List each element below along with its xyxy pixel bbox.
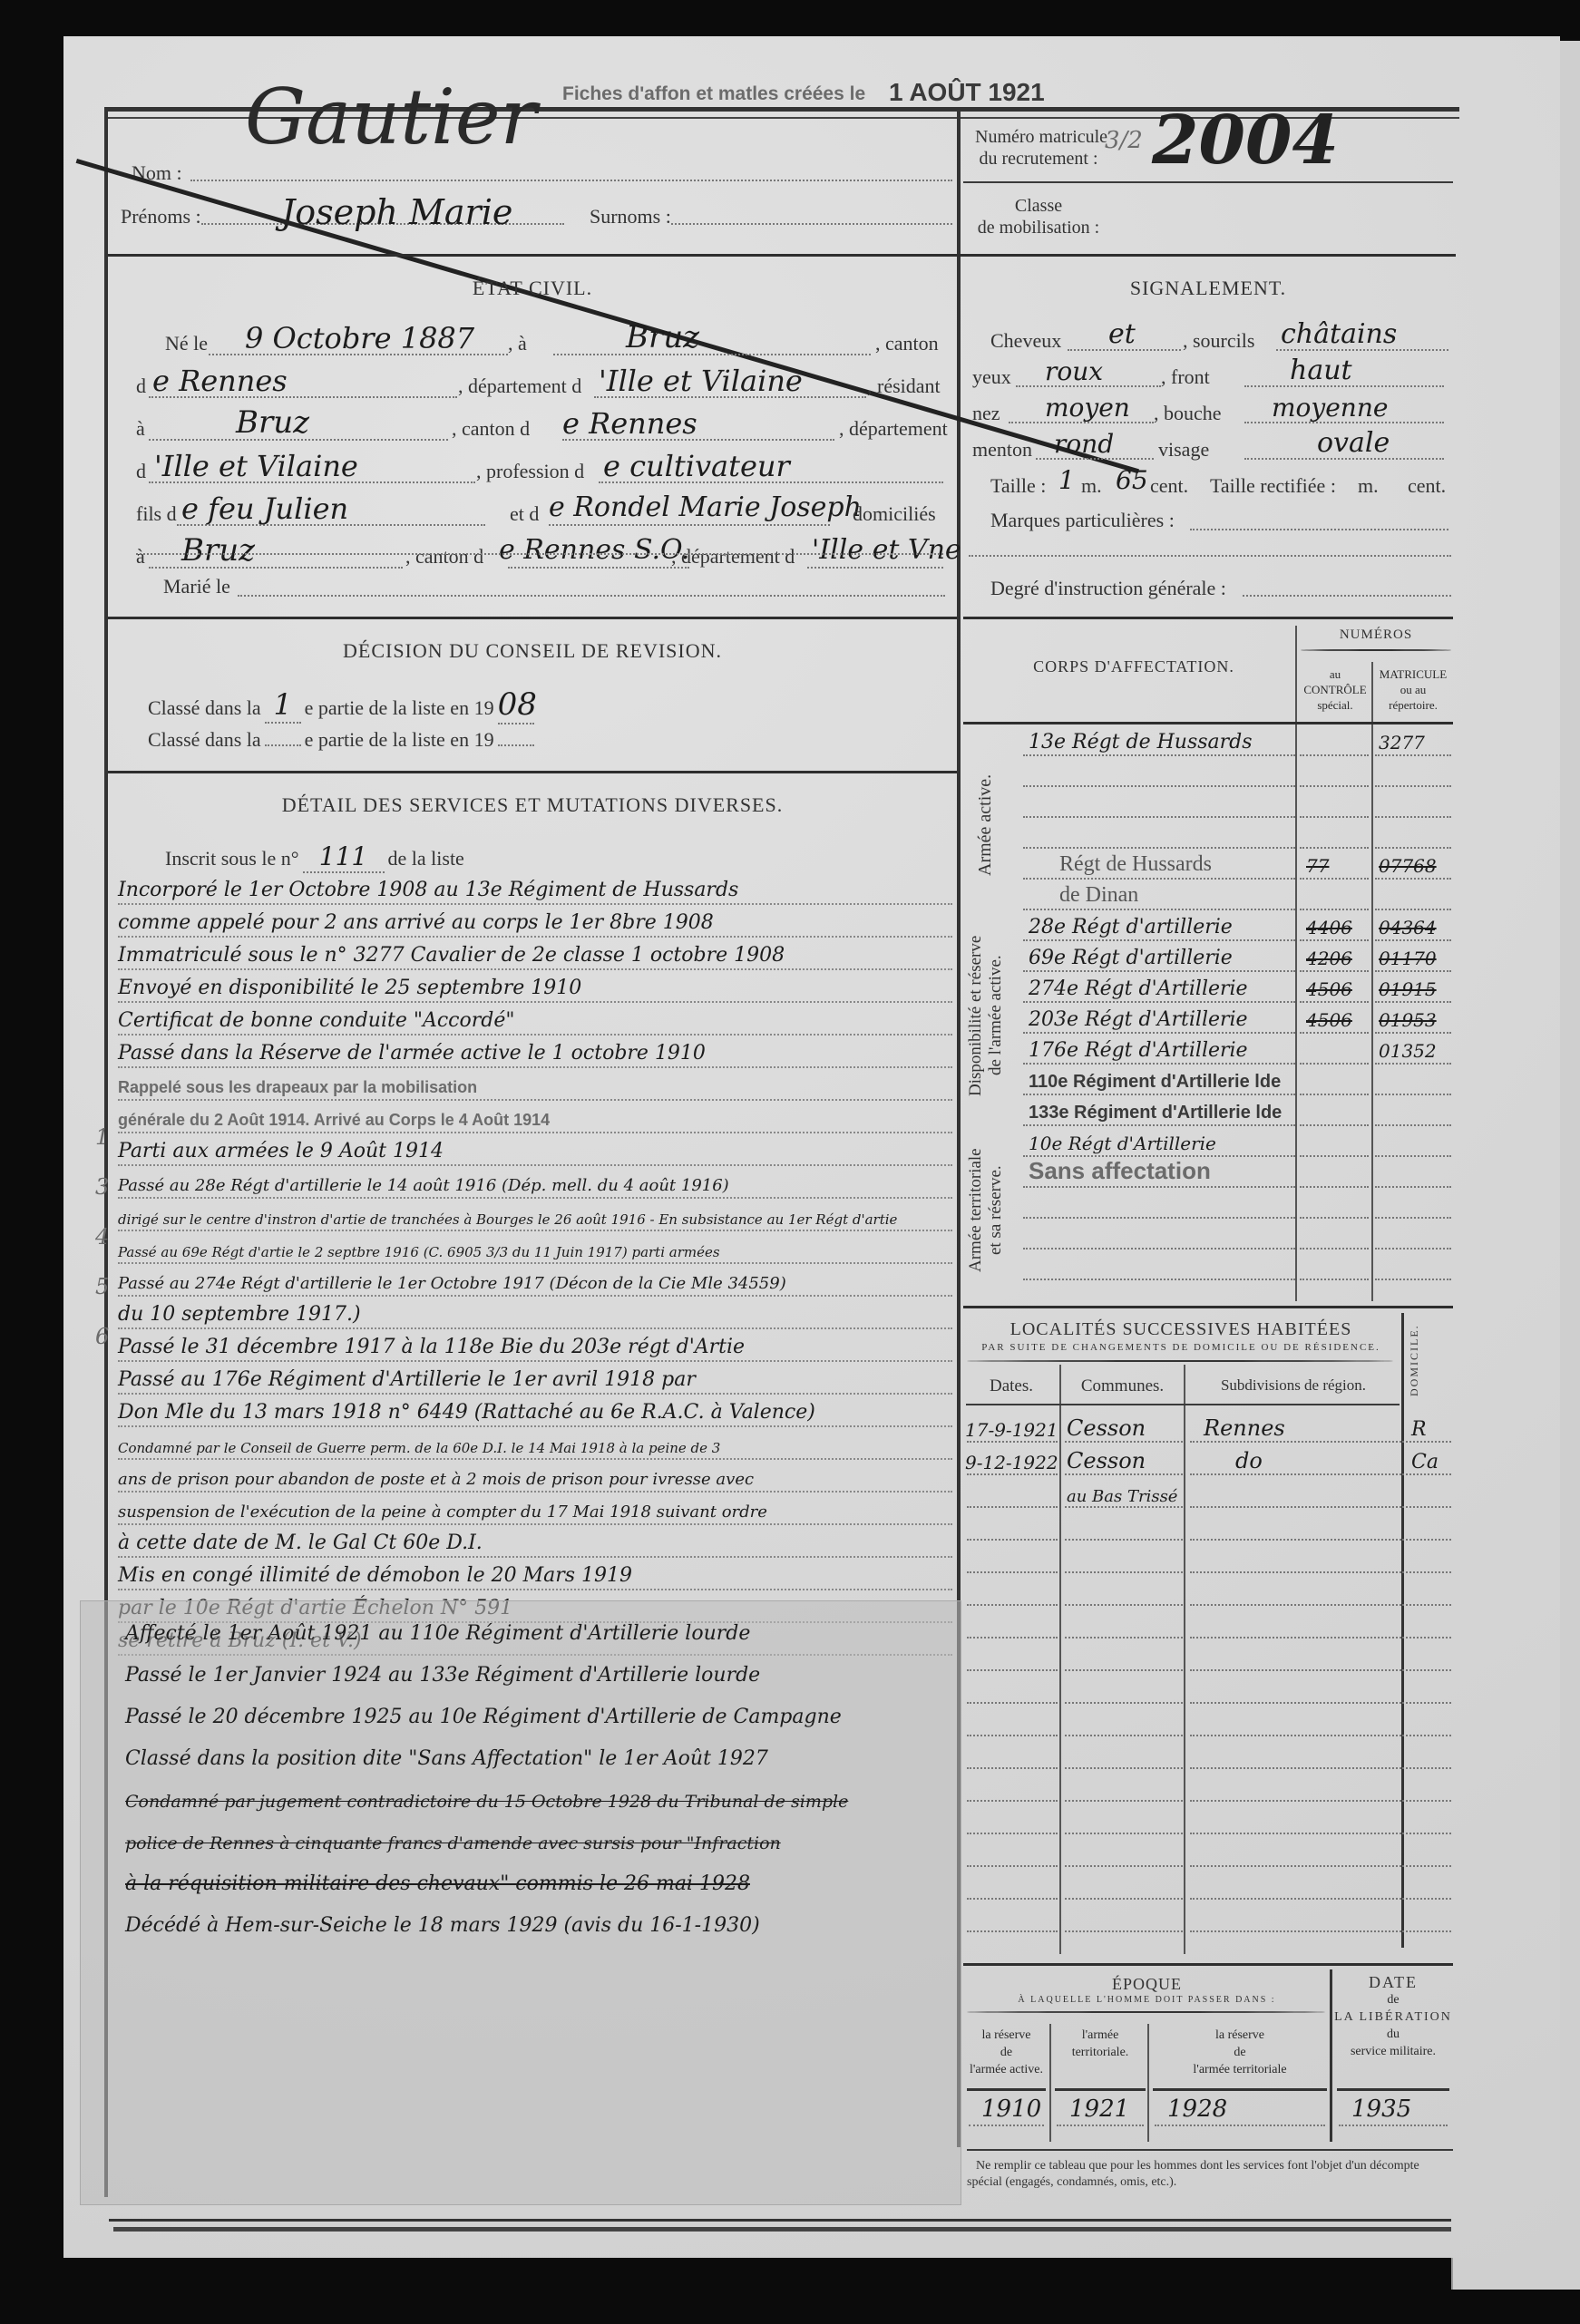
signalement-title: SIGNALEMENT. bbox=[961, 277, 1456, 300]
corps-row bbox=[1023, 1188, 1453, 1219]
detail-line-text: Immatriculé sous le n° 3277 Cavalier de … bbox=[118, 944, 785, 967]
detail-lines: Incorporé le 1er Octobre 1908 au 13e Rég… bbox=[118, 872, 952, 1656]
localites-rows: 17-9-1921CessonRennesR9-12-1922CessondoC… bbox=[963, 1410, 1453, 1965]
cheveux-label: Cheveux bbox=[990, 329, 1061, 353]
margin-note: 1 bbox=[95, 1124, 122, 1174]
matricule-label-2: du recrutement : bbox=[975, 149, 1102, 170]
detail-line-text: Passé dans la Réserve de l'armée active … bbox=[118, 1042, 706, 1065]
localites-subtitle: PAR SUITE DE CHANGEMENTS DE DOMICILE OU … bbox=[963, 1342, 1399, 1353]
later-line: Passé le 1er Janvier 1924 au 133e Régime… bbox=[125, 1648, 955, 1690]
corps-row: de Dinan bbox=[1023, 880, 1453, 910]
localites-top-rule bbox=[963, 1306, 1453, 1308]
later-line-text: Condamné par jugement contradictoire du … bbox=[125, 1792, 848, 1812]
margin-notes: 13456 bbox=[95, 1124, 122, 1650]
signalement-block: Cheveux et , sourcils châtains yeux roux… bbox=[972, 322, 1453, 540]
detail-line: Incorporé le 1er Octobre 1908 au 13e Rég… bbox=[118, 872, 952, 905]
detail-line-text: dirigé sur le centre d'instron d'artie d… bbox=[118, 1211, 897, 1228]
classe-label-1: Classe bbox=[975, 196, 1102, 217]
epoque-column-label: l'armée bbox=[1051, 2027, 1149, 2044]
localites-row bbox=[963, 1736, 1453, 1769]
taille-m-value: 1 bbox=[1058, 465, 1075, 495]
nez-value: moyen bbox=[1045, 393, 1130, 423]
col-controle-line: spécial. bbox=[1299, 697, 1371, 713]
detail-line-text: Rappelé sous les drapeaux par la mobilis… bbox=[118, 1078, 477, 1097]
epoque-column-label: LA LIBÉRATION bbox=[1333, 2008, 1453, 2026]
profession-value: e cultivateur bbox=[603, 449, 790, 483]
group-label-line: Disponibilité et réserve bbox=[966, 907, 986, 1124]
col-controle-line: CONTRÔLE bbox=[1299, 682, 1371, 697]
marques-line bbox=[1190, 529, 1448, 530]
epoque-column-label: de bbox=[1149, 2044, 1331, 2061]
epoque-header-rule bbox=[1337, 2088, 1449, 2091]
classe-dans-la-label-2: Classé dans la bbox=[148, 728, 261, 751]
detail-line: générale du 2 Août 1914. Arrivé au Corps… bbox=[118, 1101, 952, 1133]
localites-row bbox=[963, 1802, 1453, 1834]
corps-row: 133e Régiment d'Artillerie lde bbox=[1023, 1095, 1453, 1126]
detail-line: Mis en congé illimité de démobon le 20 M… bbox=[118, 1558, 952, 1590]
mother-name: e Rondel Marie Joseph bbox=[549, 491, 862, 523]
classe-dans-la-label: Classé dans la bbox=[148, 696, 261, 719]
matricule-number: 01352 bbox=[1379, 1040, 1437, 1062]
sourcils-label: , sourcils bbox=[1183, 329, 1254, 353]
localites-row bbox=[963, 1834, 1453, 1867]
parents-dept: 'Ille et Vne bbox=[812, 534, 961, 566]
matricule-number: 01170 bbox=[1379, 948, 1437, 969]
margin-note: 5 bbox=[95, 1274, 122, 1324]
corps-name: Régt de Hussards bbox=[1059, 852, 1212, 877]
front-label: , front bbox=[1161, 365, 1210, 389]
epoque-column-label: DATE bbox=[1333, 1974, 1453, 1991]
epoque-column: la réservedel'armée active. bbox=[963, 2027, 1049, 2078]
visage-label: visage bbox=[1158, 438, 1209, 462]
surnoms-label: Surnoms : bbox=[590, 205, 671, 229]
detail-title: DÉTAIL DES SERVICES ET MUTATIONS DIVERSE… bbox=[108, 793, 957, 817]
prenoms-value: Joseph Marie bbox=[281, 192, 512, 232]
locality-commune: Cesson bbox=[1067, 1448, 1146, 1473]
col-communes: Communes. bbox=[1061, 1376, 1184, 1396]
taille-rect-m-label: m. bbox=[1358, 474, 1379, 498]
partie-value: 1 bbox=[265, 687, 301, 724]
later-line: Condamné par jugement contradictoire du … bbox=[125, 1774, 955, 1815]
corps-row: 69e Régt d'artillerie420601170 bbox=[1023, 941, 1453, 972]
etat-civil-bottom-rule bbox=[108, 617, 957, 619]
epoque-column-label: l'armée active. bbox=[963, 2061, 1049, 2078]
corps-name: 28e Régt d'artillerie bbox=[1029, 916, 1233, 938]
epoque-column-label: de bbox=[1333, 1991, 1453, 2008]
prenoms-label: Prénoms : bbox=[121, 205, 201, 229]
localites-row bbox=[963, 1704, 1453, 1736]
group-armee-territoriale: Armée territorialeet sa réserve. bbox=[966, 1115, 1006, 1306]
matricule-line bbox=[1375, 1279, 1451, 1280]
detail-line-text: Parti aux armées le 9 Août 1914 bbox=[118, 1140, 444, 1162]
group-armee-active: Armée active. bbox=[975, 753, 996, 898]
detail-line-text: Envoyé en disponibilité le 25 septembre … bbox=[118, 977, 581, 999]
col-matricule-line: MATRICULE bbox=[1373, 666, 1453, 682]
locality-date: 9-12-1922 bbox=[965, 1452, 1058, 1473]
matricule-label-1: Numéro matricule bbox=[975, 127, 1102, 148]
parents-town: Bruz bbox=[181, 532, 255, 569]
col-domicile: DOMICILE. bbox=[1408, 1319, 1421, 1401]
epoque-value-line bbox=[1155, 2125, 1325, 2126]
corps-row: Sans affectation bbox=[1023, 1157, 1453, 1188]
taille-label: Taille : bbox=[990, 474, 1046, 498]
corps-name: 110e Régiment d'Artillerie lde bbox=[1029, 1072, 1281, 1093]
col-matricule-header: MATRICULEou aurépertoire. bbox=[1373, 666, 1453, 713]
localites-row bbox=[963, 1606, 1453, 1638]
detail-line: Passé au 176e Régiment d'Artillerie le 1… bbox=[118, 1362, 952, 1395]
et-label: et d bbox=[510, 502, 539, 526]
surnoms-line bbox=[671, 223, 952, 225]
detail-line: Passé au 28e Régt d'artillerie le 14 aoû… bbox=[118, 1166, 952, 1199]
partie-label-2: e partie de la liste en 19 bbox=[305, 728, 494, 751]
birth-canton: e Rennes bbox=[152, 364, 288, 398]
epoque-title: ÉPOQUE bbox=[963, 1975, 1331, 1994]
epoque-top-rule bbox=[963, 1963, 1453, 1966]
year-line-2 bbox=[498, 744, 534, 746]
col-subdivisions: Subdivisions de région. bbox=[1185, 1376, 1401, 1395]
epoque-column: DATEdeLA LIBÉRATIONduservice militaire. bbox=[1333, 1974, 1453, 2060]
col-matricule-line: répertoire. bbox=[1373, 697, 1453, 713]
group-label-line: de l'armée active. bbox=[986, 907, 1006, 1124]
epoque-subtitle: À LAQUELLE L'HOMME DOIT PASSER DANS : bbox=[963, 1995, 1331, 2005]
marques-label: Marques particulières : bbox=[990, 509, 1175, 532]
detail-line: Passé au 69e Régt d'artie le 2 septbre 1… bbox=[118, 1231, 952, 1264]
corps-row: 10e Régt d'Artillerie bbox=[1023, 1126, 1453, 1157]
sourcils-value: châtains bbox=[1281, 318, 1397, 350]
localites-row: 9-12-1922CessondoCa bbox=[963, 1443, 1453, 1475]
signalement-blank-line bbox=[969, 555, 1451, 557]
canton-label: , canton bbox=[875, 332, 939, 355]
corps-name: Sans affectation bbox=[1029, 1157, 1211, 1185]
controle-number: 4506 bbox=[1306, 1009, 1352, 1031]
detail-line-text: Don Mle du 13 mars 1918 n° 6449 (Rattach… bbox=[118, 1401, 815, 1424]
locality-domicile: R bbox=[1411, 1418, 1427, 1441]
etat-civil-blank-line bbox=[136, 553, 943, 555]
detail-line-text: à cette date de M. le Gal Ct 60e D.I. bbox=[118, 1532, 483, 1554]
detail-line: Don Mle du 13 mars 1918 n° 6449 (Rattach… bbox=[118, 1395, 952, 1427]
later-line-text: Passé le 20 décembre 1925 au 10e Régimen… bbox=[125, 1706, 842, 1728]
corps-header: CORPS D'AFFECTATION. bbox=[970, 657, 1297, 676]
epoque-column-label: du bbox=[1333, 2026, 1453, 2043]
marie-label: Marié le bbox=[163, 575, 230, 598]
fiches-stamp-date: 1 AOÛT 1921 bbox=[889, 78, 1045, 107]
detail-line-text: comme appelé pour 2 ans arrivé au corps … bbox=[118, 911, 714, 934]
a-line bbox=[553, 354, 871, 355]
detail-line: Passé au 274e Régt d'artillerie le 1er O… bbox=[118, 1264, 952, 1297]
birth-place: Bruz bbox=[626, 319, 699, 355]
epoque-header-rule bbox=[967, 2088, 1046, 2091]
localites-row bbox=[963, 1573, 1453, 1606]
cheveux-value: et bbox=[1108, 318, 1136, 350]
detail-line-text: Passé au 69e Régt d'artie le 2 septbre 1… bbox=[118, 1244, 720, 1260]
detail-line: comme appelé pour 2 ans arrivé au corps … bbox=[118, 905, 952, 938]
dept3-label: , département d bbox=[671, 545, 795, 569]
canton3-label: , canton d bbox=[405, 545, 483, 569]
later-line: police de Rennes à cinquante francs d'am… bbox=[125, 1815, 955, 1857]
group-disponibilite: Disponibilité et réservede l'armée activ… bbox=[966, 907, 1006, 1124]
group-label-line: Armée territoriale bbox=[966, 1115, 986, 1306]
detail-line: Parti aux armées le 9 Août 1914 bbox=[118, 1133, 952, 1166]
later-service-lines: Affecté le 1er Août 1921 au 110e Régimen… bbox=[125, 1607, 955, 1940]
col-controle-header: auCONTRÔLEspécial. bbox=[1299, 666, 1371, 713]
decision-title: DÉCISION DU CONSEIL DE REVISION. bbox=[108, 639, 957, 663]
nom-value: Gautier bbox=[245, 73, 537, 161]
controle-number: 4206 bbox=[1306, 948, 1352, 969]
detail-line: suspension de l'exécution de la peine à … bbox=[118, 1493, 952, 1525]
margin-note: 4 bbox=[95, 1224, 122, 1274]
detail-line-text: ans de prison pour abandon de poste et à… bbox=[118, 1470, 754, 1489]
menton-value: rond bbox=[1054, 429, 1114, 459]
locality-commune: au Bas Trissé bbox=[1067, 1487, 1177, 1506]
margin-note: 3 bbox=[95, 1174, 122, 1224]
corps-header-rule bbox=[963, 722, 1453, 724]
canton2-label: , canton d bbox=[452, 417, 530, 441]
localites-brace bbox=[967, 1360, 1393, 1362]
header-bottom-rule bbox=[108, 254, 1456, 257]
detail-line: Immatriculé sous le n° 3277 Cavalier de … bbox=[118, 938, 952, 970]
detail-line-text: Mis en congé illimité de démobon le 20 M… bbox=[118, 1564, 632, 1587]
localites-row bbox=[963, 1867, 1453, 1900]
epoque-column-label: la réserve bbox=[1149, 2027, 1331, 2044]
corps-name: 274e Régt d'Artillerie bbox=[1029, 977, 1248, 1000]
nom-line bbox=[190, 180, 952, 181]
col-matricule-line: ou au bbox=[1373, 682, 1453, 697]
epoque-value-line bbox=[1057, 2125, 1144, 2126]
corps-name: 10e Régt d'Artillerie bbox=[1029, 1133, 1216, 1154]
partie-label: e partie de la liste en 19 bbox=[305, 696, 494, 719]
nez-label: nez bbox=[972, 402, 1000, 425]
detail-line: Passé dans la Réserve de l'armée active … bbox=[118, 1036, 952, 1068]
detail-line-text: Passé au 274e Régt d'artillerie le 1er O… bbox=[118, 1274, 786, 1293]
matricule-number: 3277 bbox=[1379, 732, 1425, 754]
parents-canton: e Rennes S.O. bbox=[499, 534, 689, 566]
degre-label: Degré d'instruction générale : bbox=[990, 577, 1226, 600]
fils-label: fils d bbox=[136, 502, 177, 526]
etat-civil-block: Né le 9 Octobre 1887 , à Bruz , canton d… bbox=[136, 325, 943, 588]
detail-line: Passé le 31 décembre 1917 à la 118e Bie … bbox=[118, 1329, 952, 1362]
decision-row-2: Classé dans la e partie de la liste en 1… bbox=[148, 728, 534, 752]
detail-line-text: Condamné par le Conseil de Guerre perm. … bbox=[118, 1440, 720, 1456]
matricule-number: 01953 bbox=[1379, 1009, 1437, 1031]
localites-header-rule bbox=[966, 1404, 1400, 1405]
epoque-value: 1910 bbox=[981, 2095, 1041, 2123]
localites-row bbox=[963, 1769, 1453, 1802]
inscrit-value: 111 bbox=[303, 841, 385, 873]
bouche-label: , bouche bbox=[1154, 402, 1222, 425]
epoque-note: Ne remplir ce tableau que pour les homme… bbox=[967, 2158, 1448, 2191]
epoque-column-label: l'armée territoriale bbox=[1149, 2061, 1331, 2078]
later-line: Classé dans la position dite "Sans Affec… bbox=[125, 1732, 955, 1774]
locality-subdivision: Rennes bbox=[1204, 1415, 1285, 1441]
liste-label: de la liste bbox=[388, 847, 464, 870]
taille-cm-label: cent. bbox=[1150, 474, 1188, 498]
epoque-header-rule bbox=[1055, 2088, 1146, 2091]
partie-line-2 bbox=[265, 744, 301, 746]
locality-date: 17-9-1921 bbox=[965, 1419, 1058, 1441]
menton-label: menton bbox=[972, 438, 1032, 462]
localites-row bbox=[963, 1671, 1453, 1704]
localites-row: au Bas Trissé bbox=[963, 1475, 1453, 1508]
d1-label: d bbox=[136, 374, 146, 398]
epoque-value: 1921 bbox=[1069, 2095, 1129, 2123]
epoque-value-line bbox=[1339, 2125, 1448, 2126]
detail-line-text: Incorporé le 1er Octobre 1908 au 13e Rég… bbox=[118, 879, 738, 901]
corps-row: 13e Régt de Hussards3277 bbox=[1023, 725, 1453, 756]
detail-line-text: Passé le 31 décembre 1917 à la 118e Bie … bbox=[118, 1336, 745, 1358]
etat-civil-title: ÉTAT CIVIL. bbox=[108, 277, 957, 300]
a-label: , à bbox=[508, 332, 527, 355]
fiches-stamp: Fiches d'affon et matles créées le bbox=[562, 83, 865, 105]
dept2-label: , département bbox=[839, 417, 948, 441]
corps-name: 203e Régt d'Artillerie bbox=[1029, 1008, 1248, 1031]
later-line: Affecté le 1er Août 1921 au 110e Régimen… bbox=[125, 1607, 955, 1648]
decision-row-1: Classé dans la 1 e partie de la liste en… bbox=[148, 686, 534, 724]
group-label-line: et sa réserve. bbox=[986, 1115, 1006, 1306]
corps-rows: 13e Régt de Hussards3277Régt de Hussards… bbox=[1023, 725, 1453, 1280]
detail-line-text: Certificat de bonne conduite "Accordé" bbox=[118, 1009, 514, 1032]
locality-subdivision: do bbox=[1235, 1448, 1263, 1473]
ne-le-value: 9 Octobre 1887 bbox=[245, 321, 474, 355]
detail-line: ans de prison pour abandon de poste et à… bbox=[118, 1460, 952, 1493]
later-line-text: Classé dans la position dite "Sans Affec… bbox=[125, 1747, 768, 1770]
epoque-header-rule bbox=[1153, 2088, 1327, 2091]
detail-line-text: Passé au 176e Régiment d'Artillerie le 1… bbox=[118, 1368, 696, 1391]
localites-row bbox=[963, 1541, 1453, 1573]
visage-value: ovale bbox=[1317, 427, 1390, 459]
corps-name: 133e Régiment d'Artillerie lde bbox=[1029, 1103, 1282, 1123]
taille-rectifiee-label: Taille rectifiée : bbox=[1210, 474, 1336, 498]
detail-line: Condamné par le Conseil de Guerre perm. … bbox=[118, 1427, 952, 1460]
classe-label-2: de mobilisation : bbox=[975, 218, 1102, 238]
yeux-value: roux bbox=[1045, 356, 1103, 386]
corps-name: de Dinan bbox=[1059, 883, 1138, 908]
corps-row: 203e Régt d'Artillerie450601953 bbox=[1023, 1003, 1453, 1034]
localites-row: 17-9-1921CessonRennesR bbox=[963, 1410, 1453, 1443]
localites-title: LOCALITÉS SUCCESSIVES HABITÉES bbox=[963, 1319, 1399, 1340]
signalement-bottom-rule bbox=[963, 617, 1453, 619]
dept-label: , département d bbox=[458, 374, 581, 398]
corps-name: 69e Régt d'artillerie bbox=[1029, 947, 1233, 969]
detail-line: Certificat de bonne conduite "Accordé" bbox=[118, 1003, 952, 1036]
matricule-value: 2004 bbox=[1152, 102, 1339, 180]
marie-line bbox=[238, 595, 945, 597]
detail-line: à cette date de M. le Gal Ct 60e D.I. bbox=[118, 1525, 952, 1558]
inscrit-label: Inscrit sous le n° bbox=[165, 847, 299, 870]
matricule-prefix: 3/2 bbox=[1105, 127, 1143, 154]
margin-note: 6 bbox=[95, 1324, 122, 1650]
profession-label: , profession d bbox=[476, 460, 584, 483]
ne-le-label: Né le bbox=[165, 332, 208, 355]
controle-number: 4406 bbox=[1306, 917, 1352, 938]
detail-line-text: générale du 2 Août 1914. Arrivé au Corps… bbox=[118, 1111, 550, 1130]
residant-label: , résidant bbox=[867, 374, 941, 398]
localites-row bbox=[963, 1508, 1453, 1541]
later-line-text: Décédé à Hem-sur-Seiche le 18 mars 1929 … bbox=[125, 1914, 760, 1937]
bouche-value: moyenne bbox=[1272, 393, 1388, 423]
detail-line-text: suspension de l'exécution de la peine à … bbox=[118, 1502, 767, 1522]
epoque-column-label: territoriale. bbox=[1051, 2044, 1149, 2061]
detail-line-text: Passé au 28e Régt d'artillerie le 14 aoû… bbox=[118, 1176, 729, 1195]
matricule-number: 07768 bbox=[1379, 855, 1437, 877]
corps-row bbox=[1023, 818, 1453, 849]
controle-number: 77 bbox=[1306, 855, 1329, 877]
taille-rect-cm-label: cent. bbox=[1408, 474, 1446, 498]
later-line-text: Passé le 1er Janvier 1924 au 133e Régime… bbox=[125, 1664, 760, 1687]
later-line: Décédé à Hem-sur-Seiche le 18 mars 1929 … bbox=[125, 1899, 955, 1940]
later-line: Passé le 20 décembre 1925 au 10e Régimen… bbox=[125, 1690, 955, 1732]
canton3-line bbox=[508, 567, 689, 569]
epoque-column-label: service militaire. bbox=[1333, 2043, 1453, 2060]
localites-row bbox=[963, 1932, 1453, 1965]
epoque-column-label: la réserve bbox=[963, 2027, 1049, 2044]
front-value: haut bbox=[1290, 355, 1352, 386]
decision-bottom-rule bbox=[108, 771, 957, 773]
controle-number: 4506 bbox=[1306, 978, 1352, 1000]
later-line: à la réquisition militaire des chevaux" … bbox=[125, 1857, 955, 1899]
page-bottom-rule-2 bbox=[113, 2227, 1451, 2232]
corps-row bbox=[1023, 787, 1453, 818]
corps-row: Régt de Hussards7707768 bbox=[1023, 849, 1453, 880]
corps-row bbox=[1023, 1250, 1453, 1280]
d2-label: d bbox=[136, 460, 146, 483]
col-controle-line: au bbox=[1299, 666, 1371, 682]
col-dates: Dates. bbox=[963, 1376, 1059, 1396]
detail-line: Envoyé en disponibilité le 25 septembre … bbox=[118, 970, 952, 1003]
a2-label: à bbox=[136, 417, 145, 441]
locality-commune: Cesson bbox=[1067, 1415, 1146, 1441]
corps-row bbox=[1023, 1219, 1453, 1250]
later-line-text: police de Rennes à cinquante francs d'am… bbox=[125, 1833, 781, 1853]
epoque-column: l'arméeterritoriale. bbox=[1051, 2027, 1149, 2061]
degre-line bbox=[1243, 595, 1451, 597]
father-name: e feu Julien bbox=[181, 491, 348, 526]
epoque-value: 1935 bbox=[1351, 2095, 1411, 2123]
detail-line: du 10 septembre 1917.) bbox=[118, 1297, 952, 1329]
localites-row bbox=[963, 1900, 1453, 1932]
residence-dept: 'Ille et Vilaine bbox=[154, 449, 358, 483]
et-line bbox=[549, 524, 830, 526]
epoque-column: la réservedel'armée territoriale bbox=[1149, 2027, 1331, 2078]
later-line-text: à la réquisition militaire des chevaux" … bbox=[125, 1872, 750, 1895]
matricule-number: 01915 bbox=[1379, 978, 1437, 1000]
numeros-header: NUMÉROS bbox=[1299, 627, 1453, 643]
taille-m-label: m. bbox=[1081, 474, 1102, 498]
dept3-line bbox=[807, 567, 943, 569]
later-line-text: Affecté le 1er Août 1921 au 110e Régimen… bbox=[125, 1622, 750, 1645]
matricule-divider bbox=[963, 181, 1453, 183]
detail-line: dirigé sur le centre d'instron d'artie d… bbox=[118, 1199, 952, 1231]
page-bottom-rule-1 bbox=[109, 2219, 1451, 2222]
corps-row: 176e Régt d'Artillerie01352 bbox=[1023, 1034, 1453, 1065]
corps-row-line bbox=[1023, 1279, 1295, 1280]
taille-cm-value: 65 bbox=[1116, 465, 1148, 495]
inscrit-row: Inscrit sous le n° 111 de la liste bbox=[165, 841, 464, 873]
residence-canton: e Rennes bbox=[562, 406, 697, 441]
yeux-label: yeux bbox=[972, 365, 1011, 389]
corps-name: 176e Régt d'Artillerie bbox=[1029, 1039, 1248, 1062]
matricule-number: 04364 bbox=[1379, 917, 1437, 938]
a3-label: à bbox=[136, 545, 145, 569]
corps-row: 274e Régt d'Artillerie450601915 bbox=[1023, 972, 1453, 1003]
corps-name: 13e Régt de Hussards bbox=[1029, 731, 1253, 754]
epoque-bottom-rule bbox=[967, 2149, 1453, 2151]
epoque-value-line bbox=[969, 2125, 1044, 2126]
corps-row bbox=[1023, 756, 1453, 787]
controle-line bbox=[1300, 1279, 1369, 1280]
detail-line: Rappelé sous les drapeaux par la mobilis… bbox=[118, 1068, 952, 1101]
epoque-column-label: de bbox=[963, 2044, 1049, 2061]
detail-line-text: du 10 septembre 1917.) bbox=[118, 1303, 361, 1326]
